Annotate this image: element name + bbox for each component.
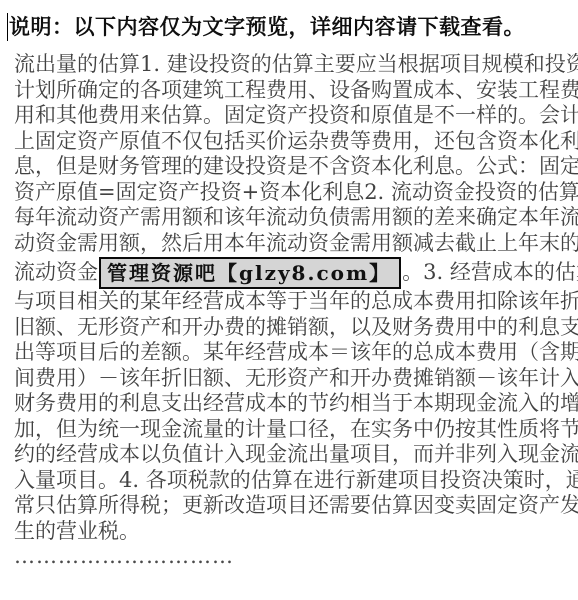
preview-notice: 说明：以下内容仅为文字预览，详细内容请下载查看。 <box>9 11 525 41</box>
text-line: 常只估算所得税；更新改造项目还需要估算因变卖固定资产发 <box>14 493 574 519</box>
text-line: 生的营业税。 <box>14 519 574 545</box>
text-line: 每年流动资产需用额和该年流动负债需用额的差来确定本年流 <box>14 205 574 231</box>
watermark-badge: 管理资源吧【glzy8.com】 <box>99 257 401 289</box>
text-after-watermark: 。3. 经营成本的估算 <box>402 256 578 289</box>
text-line: 旧额、无形资产和开办费的摊销额，以及财务费用中的利息支 <box>14 315 574 341</box>
text-line: 财务费用的利息支出经营成本的节约相当于本期现金流入的增 <box>14 391 574 417</box>
text-line: 入量项目。4. 各项税款的估算在进行新建项目投资决策时，通 <box>14 468 574 494</box>
text-before-watermark: 流动资金 <box>14 256 98 289</box>
text-line: 动资金需用额，然后用本年流动资金需用额减去截止上年末的 <box>14 231 574 257</box>
text-line: 加，但为统一现金流量的计量口径，在实务中仍按其性质将节 <box>14 417 574 443</box>
text-line: 约的经营成本以负值计入现金流出量项目，而并非列入现金流 <box>14 442 574 468</box>
text-cursor <box>7 13 8 41</box>
text-line: 出等项目后的差额。某年经营成本＝该年的总成本费用（含期 <box>14 340 574 366</box>
text-line: 上固定资产原值不仅包括买价运杂费等费用，还包含资本化利 <box>14 129 574 155</box>
watermark-line: 流动资金 管理资源吧【glzy8.com】 。3. 经营成本的估算 <box>14 256 574 289</box>
text-line: 间费用）－该年折旧额、无形资产和开办费摊销额－该年计入 <box>14 366 574 392</box>
text-line: 用和其他费用来估算。固定资产投资和原值是不一样的。会计 <box>14 103 574 129</box>
text-line: 资产原值=固定资产投资+资本化利息2. 流动资金投资的估算用 <box>14 180 574 206</box>
text-line: 与项目相关的某年经营成本等于当年的总成本费用扣除该年折 <box>14 289 574 315</box>
text-line: 息，但是财务管理的建设投资是不含资本化利息。公式：固定 <box>14 154 574 180</box>
text-line: 计划所确定的各项建筑工程费用、设备购置成本、安装工程费 <box>14 78 574 104</box>
document-body: 流出量的估算1. 建设投资的估算主要应当根据项目规模和投资 计划所确定的各项建筑… <box>14 52 574 570</box>
text-line: 流出量的估算1. 建设投资的估算主要应当根据项目规模和投资 <box>14 52 574 78</box>
ellipsis-line: ………………………… <box>14 544 574 570</box>
